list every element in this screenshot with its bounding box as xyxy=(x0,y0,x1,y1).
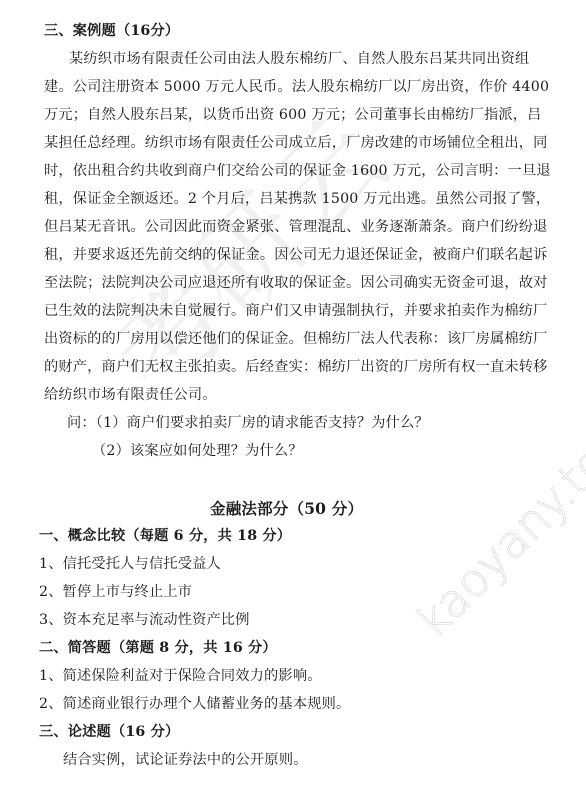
case-paragraph-line: 至法院；法院判决公司应退还所有收取的保证金。因公司确实无资金可退，故对 xyxy=(44,274,548,292)
case-question-1: 问：（1）商户们要求拍卖厂房的请求能否支持？为什么？ xyxy=(67,414,429,432)
case-section-heading: 三、案例题（16分） xyxy=(44,22,179,40)
part1-item: 2、暂停上市与终止上市 xyxy=(39,583,192,601)
watermark-url: kaoyany.top xyxy=(405,414,586,648)
case-paragraph-line: 时，依出租合约共收到商户们交给公司的保证金 1600 万元，公司言明：一旦退 xyxy=(44,162,551,180)
case-paragraph-line: 给纺织市场有限责任公司。 xyxy=(44,386,217,404)
part2-item: 2、简述商业银行办理个人储蓄业务的基本规则。 xyxy=(39,695,350,713)
part1-item: 3、资本充足率与流动性资产比例 xyxy=(39,611,250,629)
case-paragraph-line: 某担任总经理。纺织市场有限责任公司成立后，厂房改建的市场铺位全租出，同 xyxy=(44,134,548,152)
part1-heading: 一、概念比较（每题 6 分，共 18 分） xyxy=(39,527,291,545)
case-paragraph-line: 万元；自然人股东吕某，以货币出资 600 万元；公司董事长由棉纺厂指派，吕 xyxy=(44,106,542,124)
case-paragraph-line: 建。公司注册资本 5000 万元人民币。法人股东棉纺厂以厂房出资，作价 4400 xyxy=(44,78,549,96)
case-paragraph-line: 租，保证金全额返还。2 个月后，吕某携款 1500 万元出逃。虽然公司报了警， xyxy=(44,190,550,208)
case-paragraph-line: 出资标的的厂房用以偿还他们的保证金。但棉纺厂法人代表称：该厂房属棉纺厂 xyxy=(44,330,548,348)
part2-item: 1、简述保险利益对于保险合同效力的影响。 xyxy=(39,667,322,685)
part3-item: 结合实例，试论证券法中的公开原则。 xyxy=(63,751,308,769)
part2-heading: 二、简答题（第题 8 分，共 16 分） xyxy=(39,639,277,657)
case-paragraph-line: 租，并要求返还先前交纳的保证金。因公司无力退还保证金，被商户们联名起诉 xyxy=(44,246,548,264)
case-paragraph-line: 已生效的法院判决未自觉履行。商户们又申请强制执行，并要求拍卖作为棉纺厂 xyxy=(44,302,548,320)
case-paragraph-line: 但吕某无音讯。公司因此而资金紧张、管理混乱、业务逐渐萧条。商户们纷纷退 xyxy=(44,218,548,236)
case-question-2: （2）该案应如何处理？为什么？ xyxy=(92,442,303,460)
case-paragraph-line: 的财产，商户们无权主张拍卖。后经查实：棉纺厂出资的厂房所有权一直未转移 xyxy=(44,358,548,376)
finance-law-title: 金融法部分（50 分） xyxy=(210,500,363,518)
part3-heading: 三、论述题（16 分） xyxy=(39,723,179,741)
exam-page: 考研云 kaoyany.top 三、案例题（16分） 某纺织市场有限责任公司由法… xyxy=(0,0,586,793)
case-paragraph-line: 某纺织市场有限责任公司由法人股东棉纺厂、自然人股东吕某共同出资组 xyxy=(69,50,529,68)
part1-item: 1、信托受托人与信托受益人 xyxy=(39,555,221,573)
